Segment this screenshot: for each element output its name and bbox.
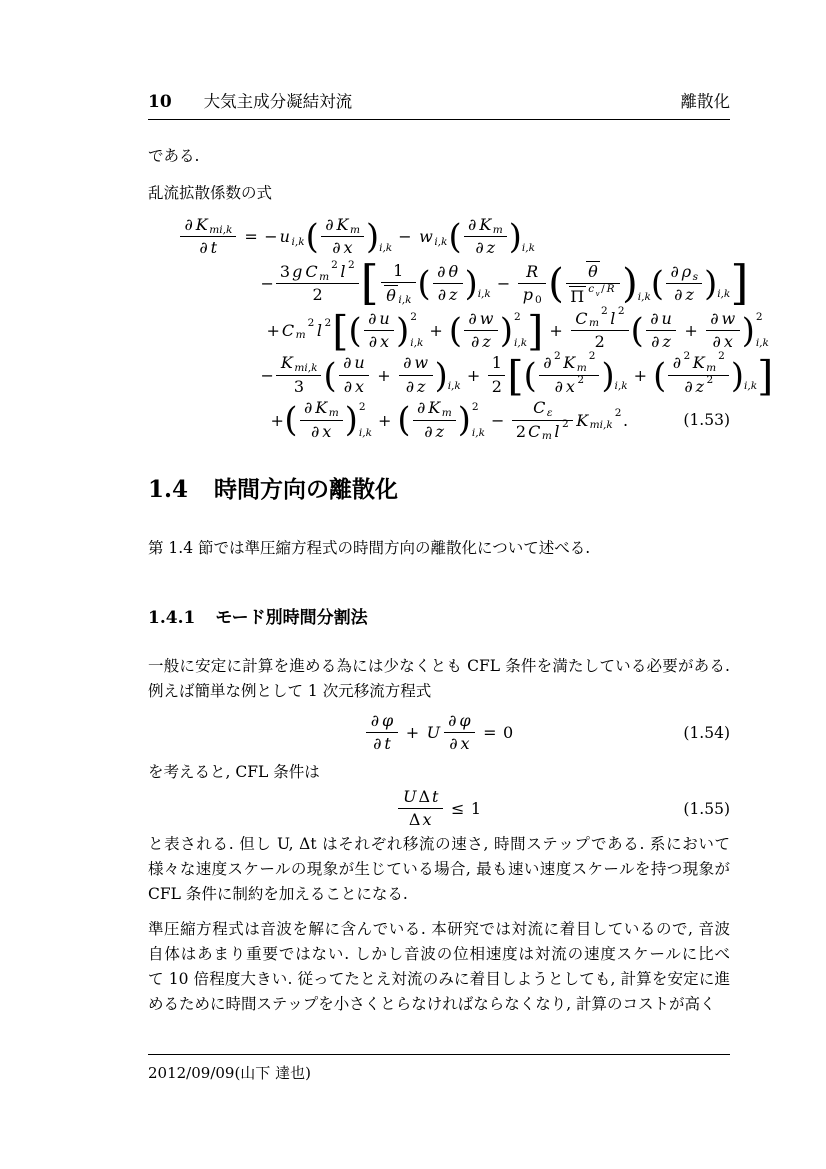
page-footer: 2012/09/09(山下 達也) xyxy=(148,1054,730,1083)
subsection-title: モード別時間分割法 xyxy=(215,603,367,628)
equation-1-55: UΔtΔx≤1(1.55) xyxy=(148,788,730,830)
paragraph-speed-scale: と表される. 但し U, Δt はそれぞれ移流の速さ, 時間ステップである. 系… xyxy=(148,832,730,907)
section-heading-1-4: 1.4 時間方向の離散化 xyxy=(148,471,730,504)
text-line: て 10 倍程度大きい. 従ってたとえ対流のみに着目しようとしても, 計算を安定… xyxy=(148,967,730,992)
text-line: 自体はあまり重要ではない. しかし音波の位相速度は対流の速度スケールに比べ xyxy=(148,942,730,967)
equation-line: −Kmi,k3(∂u∂x+∂w∂z)i,k+12[(∂2Km2∂x2)i,k+(… xyxy=(148,354,730,396)
page-number: 10 xyxy=(148,92,172,112)
equation-caption: 乱流拡散係数の式 xyxy=(148,181,730,206)
equation-line: ∂φ∂t+U∂φ∂x=0(1.54) xyxy=(148,712,730,754)
equation-line: +(∂Km∂x)2i,k+(∂Km∂z)2i,k−Cε2Cml2Kmi,k2.(… xyxy=(148,399,730,441)
page-header: 10 大気主成分凝結対流 離散化 xyxy=(148,88,730,120)
text-line: 準圧縮方程式は音波を解に含んでいる. 本研究では対流に着目しているので, 音波 xyxy=(148,917,730,942)
subsection-number: 1.4.1 xyxy=(148,608,195,628)
text-line: 様々な速度スケールの現象が生じている場合, 最も速い速度スケールを持つ現象が xyxy=(148,857,730,882)
section-number: 1.4 xyxy=(148,476,188,503)
equation-1-53: ∂Kmi,k∂t=−ui,k(∂Km∂x)i,k−wi,k(∂Km∂z)i,k−… xyxy=(148,216,730,441)
paragraph-sound-wave: 準圧縮方程式は音波を解に含んでいる. 本研究では対流に着目しているので, 音波自… xyxy=(148,917,730,1017)
equation-line: ∂Kmi,k∂t=−ui,k(∂Km∂x)i,k−wi,k(∂Km∂z)i,k xyxy=(148,216,730,258)
text-line: めるために時間ステップを小さくとらなければならなくなり, 計算のコストが高く xyxy=(148,992,730,1017)
section-title: 時間方向の離散化 xyxy=(214,471,398,504)
equation-line: UΔtΔx≤1(1.55) xyxy=(148,788,730,830)
paragraph-cfl: 一般に安定に計算を進める為には少なくとも CFL 条件を満たしている必要がある.… xyxy=(148,654,730,704)
equation-number: (1.54) xyxy=(683,724,730,742)
paragraph-dearu: である. xyxy=(148,144,730,169)
text-line: と表される. 但し U, Δt はそれぞれ移流の速さ, 時間ステップである. 系… xyxy=(148,832,730,857)
paragraph-consider: を考えると, CFL 条件は xyxy=(148,760,730,785)
equation-line: +Cm2l2[(∂u∂x)2i,k+(∂w∂z)2i,k]+Cm2l22(∂u∂… xyxy=(148,310,730,352)
header-right-title: 離散化 xyxy=(681,88,731,112)
header-left-title: 大気主成分凝結対流 xyxy=(204,88,353,112)
document-page: 10 大気主成分凝結対流 離散化 である. 乱流拡散係数の式 ∂Kmi,k∂t=… xyxy=(0,0,826,1169)
subsection-heading-1-4-1: 1.4.1 モード別時間分割法 xyxy=(148,603,730,628)
equation-number: (1.55) xyxy=(683,800,730,818)
equation-1-54: ∂φ∂t+U∂φ∂x=0(1.54) xyxy=(148,712,730,754)
equation-line: −3gCm2l22[1θi,k(∂θ∂z)i,k−Rp0(θΠcv/R)i,k(… xyxy=(148,261,730,307)
text-line: CFL 条件に制約を加えることになる. xyxy=(148,882,730,907)
text-line: 例えば簡単な例として 1 次元移流方程式 xyxy=(148,679,730,704)
text-line: 一般に安定に計算を進める為には少なくとも CFL 条件を満たしている必要がある. xyxy=(148,654,730,679)
equation-number: (1.53) xyxy=(683,411,730,429)
footer-date-author: 2012/09/09(山下 達也) xyxy=(148,1064,311,1082)
section-intro-paragraph: 第 1.4 節では準圧縮方程式の時間方向の離散化について述べる. xyxy=(148,536,730,561)
